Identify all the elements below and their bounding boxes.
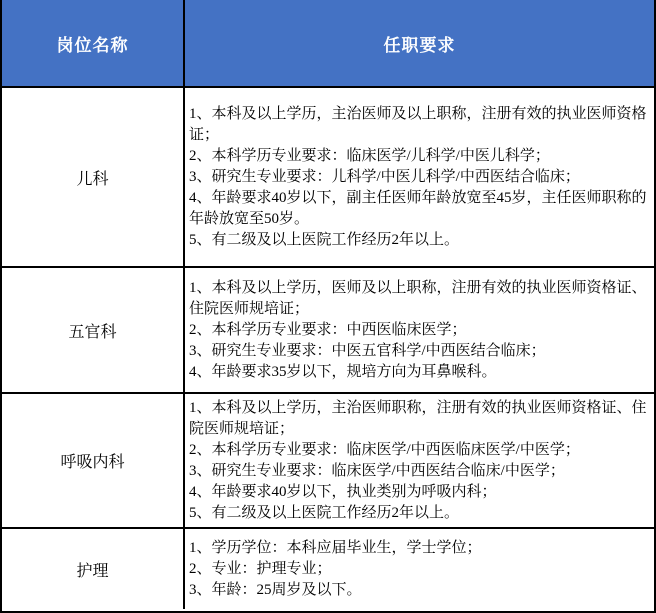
requirement-line: 1、本科及以上学历，主治医师职称，注册有效的执业医师资格证、住院医师规培证；	[189, 398, 650, 440]
position-cell-respiratory: 呼吸内科	[2, 392, 183, 527]
requirement-line: 5、有二级及以上医院工作经历2年以上。	[189, 503, 650, 524]
position-cell-ent: 五官科	[2, 266, 183, 392]
requirement-line: 1、本科及以上学历，医师及以上职称，注册有效的执业医师资格证、住院医师规培证；	[189, 278, 650, 320]
position-cell-nursing: 护理	[2, 527, 183, 609]
requirement-line: 4、年龄要求35岁以下，规培方向为耳鼻喉科。	[189, 362, 650, 383]
requirements-cell-nursing: 1、学历学位：本科应届毕业生，学士学位； 2、专业：护理专业； 3、年龄：25周…	[183, 527, 654, 609]
requirement-line: 2、本科学历专业要求：临床医学/中西医临床医学/中医学；	[189, 440, 650, 461]
requirement-line: 4、年龄要求40岁以下，执业类别为呼吸内科；	[189, 482, 650, 503]
requirements-cell-pediatrics: 1、本科及以上学历，主治医师及以上职称，注册有效的执业医师资格证； 2、本科学历…	[183, 86, 654, 266]
requirement-line: 3、研究生专业要求：中医五官科学/中西医结合临床；	[189, 341, 650, 362]
requirement-line: 2、本科学历专业要求：临床医学/儿科学/中医儿科学；	[189, 146, 650, 167]
requirement-line: 2、专业：护理专业；	[189, 559, 650, 580]
requirements-cell-ent: 1、本科及以上学历，医师及以上职称，注册有效的执业医师资格证、住院医师规培证； …	[183, 266, 654, 392]
requirement-line: 2、本科学历专业要求：中西医临床医学；	[189, 320, 650, 341]
header-position-cell: 岗位名称	[2, 0, 183, 86]
requirement-line: 1、学历学位：本科应届毕业生，学士学位；	[189, 538, 650, 559]
header-requirements-cell: 任职要求	[183, 0, 654, 86]
requirement-line: 3、研究生专业要求：临床医学/中西医结合临床/中医学；	[189, 461, 650, 482]
requirement-line: 3、研究生专业要求：儿科学/中医儿科学/中西医结合临床；	[189, 167, 650, 188]
requirement-line: 3、年龄：25周岁及以下。	[189, 580, 650, 601]
requirement-line: 1、本科及以上学历，主治医师及以上职称，注册有效的执业医师资格证；	[189, 104, 650, 146]
recruitment-table: 岗位名称 任职要求 儿科 1、本科及以上学历，主治医师及以上职称，注册有效的执业…	[0, 0, 656, 613]
position-cell-pediatrics: 儿科	[2, 86, 183, 266]
requirements-cell-respiratory: 1、本科及以上学历，主治医师职称，注册有效的执业医师资格证、住院医师规培证； 2…	[183, 392, 654, 527]
requirement-line: 4、年龄要求40岁以下，副主任医师年龄放宽至45岁，主任医师职称的年龄放宽至50…	[189, 188, 650, 230]
requirement-line: 5、有二级及以上医院工作经历2年以上。	[189, 230, 650, 251]
